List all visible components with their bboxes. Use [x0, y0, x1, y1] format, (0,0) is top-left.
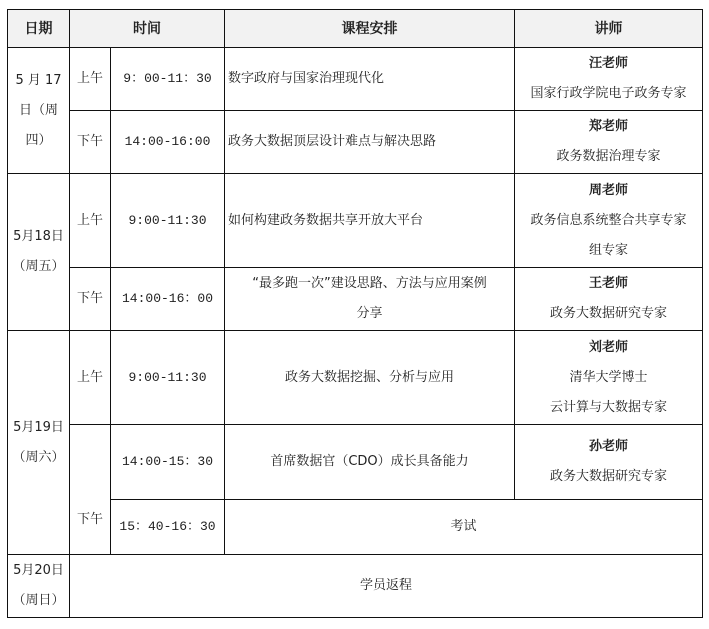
teacher-name: 王老师 [515, 269, 702, 299]
course-line: “最多跑一次”建设思路、方法与应用案例 [225, 269, 514, 299]
header-time: 时间 [70, 10, 225, 48]
period-cell: 下午 [70, 425, 111, 555]
date-line: 5 月 17 [8, 66, 69, 96]
time-cell: 14:00-16:00 [111, 111, 225, 174]
course-cell: 政务大数据挖掘、分析与应用 [225, 331, 515, 425]
table-row: 下午 14:00-16：00 “最多跑一次”建设思路、方法与应用案例 分享 王老… [8, 268, 703, 331]
header-course: 课程安排 [225, 10, 515, 48]
teacher-cell: 汪老师 国家行政学院电子政务专家 [515, 48, 703, 111]
teacher-title: 政务大数据研究专家 [515, 462, 702, 492]
header-row: 日期 时间 课程安排 讲师 [8, 10, 703, 48]
table-row: 下午 14:00-15：30 首席数据官（CDO）成长具备能力 孙老师 政务大数… [8, 425, 703, 500]
table-row: 15：40-16：30 考试 [8, 500, 703, 555]
date-line: （周六） [8, 443, 69, 473]
date-cell: 5月20日 （周日） [8, 555, 70, 618]
course-line: 分享 [225, 299, 514, 329]
table-row: 5 月 17 日（周 四） 上午 9：00-11：30 数字政府与国家治理现代化… [8, 48, 703, 111]
time-cell: 15：40-16：30 [111, 500, 225, 555]
period-cell: 下午 [70, 111, 111, 174]
period-cell: 上午 [70, 48, 111, 111]
teacher-cell: 刘老师 清华大学博士 云计算与大数据专家 [515, 331, 703, 425]
exam-cell: 考试 [225, 500, 703, 555]
teacher-title: 政务信息系统整合共享专家 [515, 206, 702, 236]
date-cell: 5 月 17 日（周 四） [8, 48, 70, 174]
date-line: 5月19日 [8, 413, 69, 443]
time-cell: 9：00-11：30 [111, 48, 225, 111]
teacher-title: 清华大学博士 [515, 363, 702, 393]
date-cell: 5月18日 （周五） [8, 174, 70, 331]
teacher-title: 云计算与大数据专家 [515, 393, 702, 423]
teacher-name: 刘老师 [515, 333, 702, 363]
course-cell: 数字政府与国家治理现代化 [225, 48, 515, 111]
course-cell: 政务大数据顶层设计难点与解决思路 [225, 111, 515, 174]
teacher-title: 政务大数据研究专家 [515, 299, 702, 329]
teacher-cell: 王老师 政务大数据研究专家 [515, 268, 703, 331]
course-cell: “最多跑一次”建设思路、方法与应用案例 分享 [225, 268, 515, 331]
teacher-name: 郑老师 [515, 112, 702, 142]
date-line: 四） [8, 126, 69, 156]
teacher-name: 周老师 [515, 176, 702, 206]
teacher-cell: 郑老师 政务数据治理专家 [515, 111, 703, 174]
time-cell: 9:00-11:30 [111, 331, 225, 425]
teacher-name: 汪老师 [515, 49, 702, 79]
time-cell: 9:00-11:30 [111, 174, 225, 268]
table-row: 5月20日 （周日） 学员返程 [8, 555, 703, 618]
table-row: 5月18日 （周五） 上午 9:00-11:30 如何构建政务数据共享开放大平台… [8, 174, 703, 268]
table-row: 5月19日 （周六） 上午 9:00-11:30 政务大数据挖掘、分析与应用 刘… [8, 331, 703, 425]
return-cell: 学员返程 [70, 555, 703, 618]
period-cell: 上午 [70, 174, 111, 268]
date-cell: 5月19日 （周六） [8, 331, 70, 555]
course-cell: 如何构建政务数据共享开放大平台 [225, 174, 515, 268]
teacher-title: 组专家 [515, 236, 702, 266]
header-date: 日期 [8, 10, 70, 48]
teacher-cell: 周老师 政务信息系统整合共享专家 组专家 [515, 174, 703, 268]
time-cell: 14:00-15：30 [111, 425, 225, 500]
course-cell: 首席数据官（CDO）成长具备能力 [225, 425, 515, 500]
date-line: 日（周 [8, 96, 69, 126]
period-cell: 下午 [70, 268, 111, 331]
teacher-cell: 孙老师 政务大数据研究专家 [515, 425, 703, 500]
teacher-title: 国家行政学院电子政务专家 [515, 79, 702, 109]
teacher-title: 政务数据治理专家 [515, 142, 702, 172]
schedule-table: 日期 时间 课程安排 讲师 5 月 17 日（周 四） 上午 9：00-11：3… [7, 9, 703, 618]
date-line: 5月18日 [8, 222, 69, 252]
date-line: 5月20日 [8, 556, 69, 586]
date-line: （周五） [8, 252, 69, 282]
date-line: （周日） [8, 586, 69, 616]
time-cell: 14:00-16：00 [111, 268, 225, 331]
teacher-name: 孙老师 [515, 432, 702, 462]
period-cell: 上午 [70, 331, 111, 425]
table-row: 下午 14:00-16:00 政务大数据顶层设计难点与解决思路 郑老师 政务数据… [8, 111, 703, 174]
header-teacher: 讲师 [515, 10, 703, 48]
